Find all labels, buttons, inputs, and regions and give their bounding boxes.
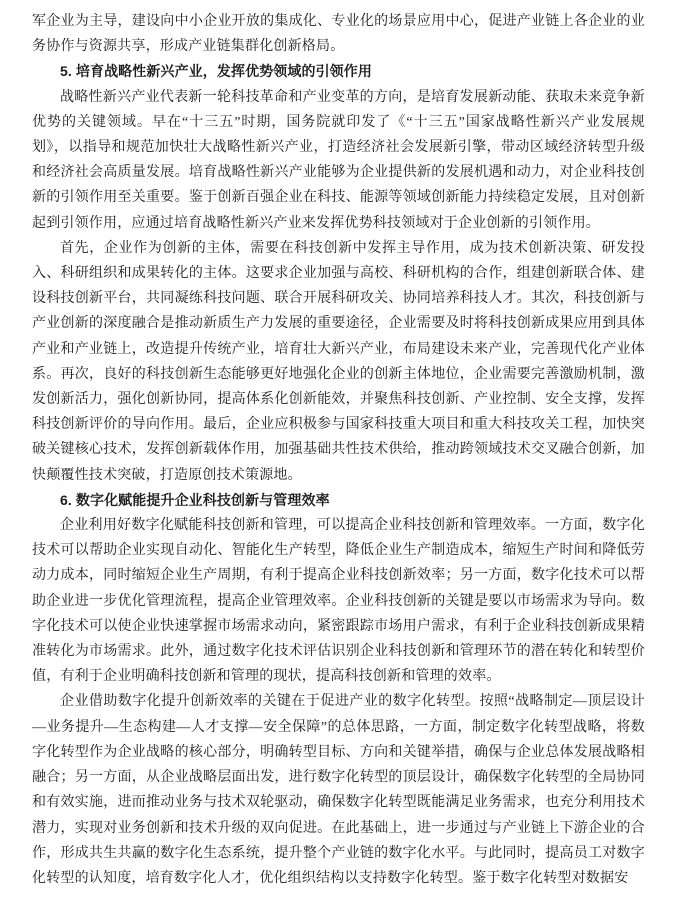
section-heading-6: 6. 数字化赋能提升企业科技创新与管理效率 (32, 488, 645, 513)
paragraph-strategic-industries: 战略性新兴产业代表新一轮科技革命和产业变革的方向，是培育发展新动能、获取未来竞争… (32, 85, 645, 236)
paragraph-innovation-subject: 首先，企业作为创新的主体，需要在科技创新中发挥主导作用，成为技术创新决策、研发投… (32, 236, 645, 488)
paragraph-continuation: 军企业为主导，建设向中小企业开放的集成化、专业化的场景应用中心，促进产业链上各企… (32, 9, 645, 59)
paragraph-digital-transformation: 企业借助数字化提升创新效率的关键在于促进产业的数字化转型。按照“战略制定—顶层设… (32, 689, 645, 891)
section-heading-5: 5. 培育战略性新兴产业，发挥优势领域的引领作用 (32, 59, 645, 84)
paragraph-digital-enablement: 企业利用好数字化赋能科技创新和管理，可以提高企业科技创新和管理效率。一方面，数字… (32, 513, 645, 689)
document-page: 军企业为主导，建设向中小企业开放的集成化、专业化的场景应用中心，促进产业链上各企… (0, 0, 691, 912)
